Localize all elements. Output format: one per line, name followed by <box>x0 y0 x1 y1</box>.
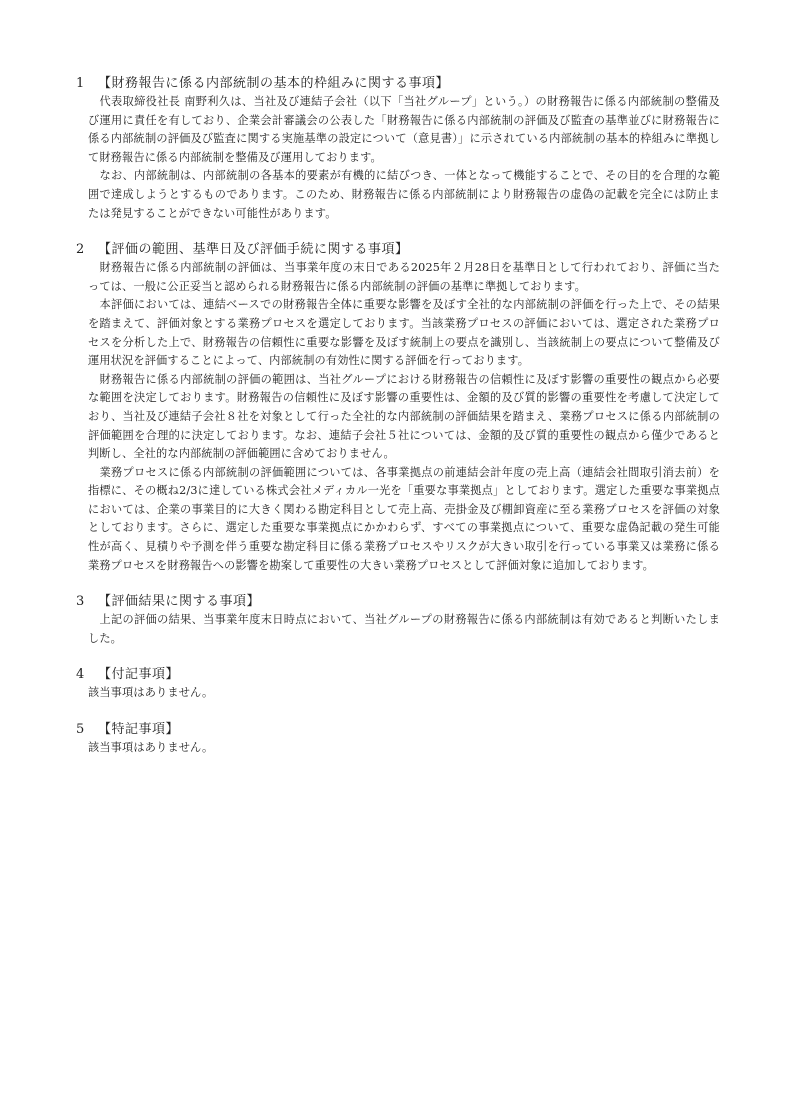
section-basic-framework: 1 【財務報告に係る内部統制の基本的枠組みに関する事項】 代表取締役社長 南野利… <box>76 74 720 223</box>
section-title: 【評価結果に関する事項】 <box>98 592 260 611</box>
section-number: 5 <box>76 720 98 739</box>
section-number: 3 <box>76 592 98 611</box>
section-evaluation-scope: 2 【評価の範囲、基準日及び評価手続に関する事項】 財務報告に係る内部統制の評価… <box>76 240 720 575</box>
paragraph: 本評価においては、連結ベースでの財務報告全体に重要な影響を及ぼす全社的な内部統制… <box>88 296 720 370</box>
section-heading: 1 【財務報告に係る内部統制の基本的枠組みに関する事項】 <box>76 74 720 93</box>
section-title: 【付記事項】 <box>98 665 179 684</box>
section-title: 【財務報告に係る内部統制の基本的枠組みに関する事項】 <box>98 74 449 93</box>
section-number: 4 <box>76 665 98 684</box>
section-number: 1 <box>76 74 98 93</box>
paragraph: 代表取締役社長 南野利久は、当社及び連結子会社（以下「当社グループ」という。）の… <box>88 93 720 167</box>
paragraph: 該当事項はありません。 <box>88 684 720 703</box>
section-title: 【評価の範囲、基準日及び評価手続に関する事項】 <box>98 240 409 259</box>
paragraph: 財務報告に係る内部統制の評価の範囲は、当社グループにおける財務報告の信頼性に及ぼ… <box>88 371 720 464</box>
section-heading: 3 【評価結果に関する事項】 <box>76 592 720 611</box>
paragraph: なお、内部統制は、内部統制の各基本的要素が有機的に結びつき、一体となって機能する… <box>88 167 720 223</box>
paragraph: 業務プロセスに係る内部統制の評価範囲については、各事業拠点の前連結会計年度の売上… <box>88 464 720 576</box>
document-page: 1 【財務報告に係る内部統制の基本的枠組みに関する事項】 代表取締役社長 南野利… <box>76 74 720 775</box>
section-heading: 5 【特記事項】 <box>76 720 720 739</box>
paragraph: 財務報告に係る内部統制の評価は、当事業年度の末日である2025年２月28日を基準… <box>88 259 720 296</box>
section-heading: 4 【付記事項】 <box>76 665 720 684</box>
section-title: 【特記事項】 <box>98 720 179 739</box>
paragraph: 上記の評価の結果、当事業年度末日時点において、当社グループの財務報告に係る内部統… <box>88 611 720 648</box>
section-supplementary-notes: 4 【付記事項】 該当事項はありません。 <box>76 665 720 703</box>
section-number: 2 <box>76 240 98 259</box>
section-heading: 2 【評価の範囲、基準日及び評価手続に関する事項】 <box>76 240 720 259</box>
section-evaluation-result: 3 【評価結果に関する事項】 上記の評価の結果、当事業年度末日時点において、当社… <box>76 592 720 648</box>
section-special-notes: 5 【特記事項】 該当事項はありません。 <box>76 720 720 758</box>
paragraph: 該当事項はありません。 <box>88 739 720 758</box>
